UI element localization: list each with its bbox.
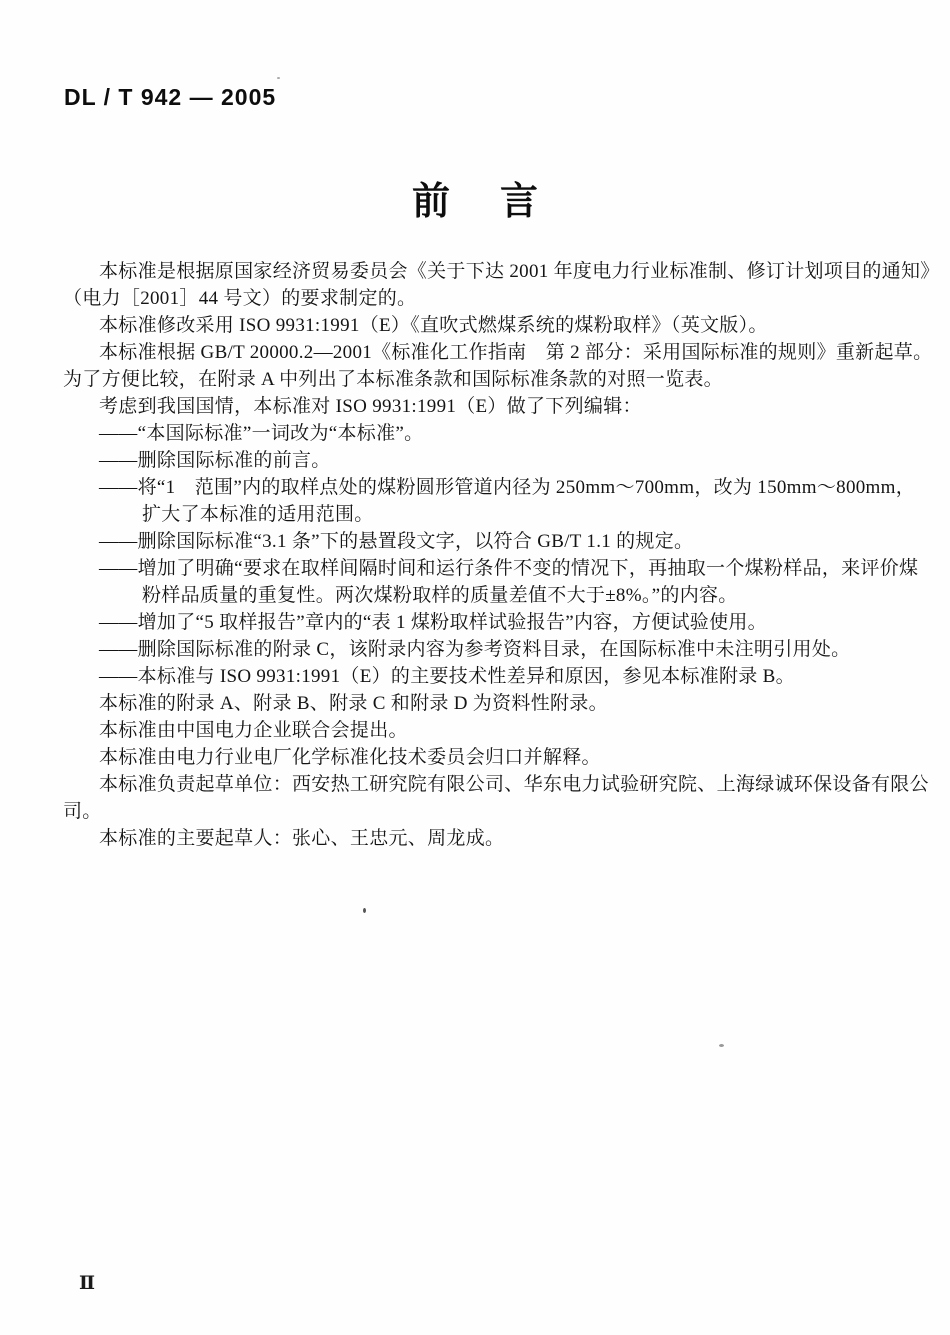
scan-speck: [363, 908, 366, 913]
scan-speck: [719, 1044, 724, 1047]
text-line: 本标准的附录 A、附录 B、附录 C 和附录 D 为资料性附录。: [63, 690, 889, 717]
page-title-char-1: 前: [412, 170, 450, 225]
text-line: 本标准由电力行业电厂化学标准化技术委员会归口并解释。: [63, 744, 889, 771]
document-page: DL / T 942 — 2005 前 言 本标准是根据原国家经济贸易委员会《关…: [0, 0, 950, 1335]
text-line: 考虑到我国国情，本标准对 ISO 9931:1991（E）做了下列编辑：: [63, 393, 889, 420]
text-line: 为了方便比较，在附录 A 中列出了本标准条款和国际标准条款的对照一览表。: [63, 366, 889, 393]
text-line: 本标准的主要起草人：张心、王忠元、周龙成。: [63, 825, 889, 852]
document-body: 本标准是根据原国家经济贸易委员会《关于下达 2001 年度电力行业标准制、修订计…: [63, 258, 889, 852]
dash-list-item: ——删除国际标准的前言。: [63, 447, 889, 474]
text-line: 司。: [63, 798, 889, 825]
text-line: 本标准由中国电力企业联合会提出。: [63, 717, 889, 744]
dash-list-item: ——“本国际标准”一词改为“本标准”。: [63, 420, 889, 447]
scan-speck: [277, 77, 280, 79]
dash-list-item-continuation: 扩大了本标准的适用范围。: [63, 501, 889, 528]
dash-list-item-continuation: 粉样品质量的重复性。两次煤粉取样的质量差值不大于±8%。”的内容。: [63, 582, 889, 609]
text-line: 本标准负责起草单位：西安热工研究院有限公司、华东电力试验研究院、上海绿诚环保设备…: [63, 771, 889, 798]
dash-list-item: ——删除国际标准的附录 C，该附录内容为参考资料目录，在国际标准中未注明引用处。: [63, 636, 889, 663]
page-title: 前 言: [0, 170, 950, 225]
page-number: Ⅱ: [79, 1272, 95, 1295]
dash-list-item: ——增加了“5 取样报告”章内的“表 1 煤粉取样试验报告”内容，方便试验使用。: [63, 609, 889, 636]
text-line: 本标准根据 GB/T 20000.2—2001《标准化工作指南 第 2 部分：采…: [63, 339, 889, 366]
standard-code: DL / T 942 — 2005: [64, 84, 276, 111]
dash-list-item: ——将“1 范围”内的取样点处的煤粉圆形管道内径为 250mm～700mm，改为…: [63, 474, 889, 501]
dash-list-item: ——删除国际标准“3.1 条”下的悬置段文字，以符合 GB/T 1.1 的规定。: [63, 528, 889, 555]
dash-list-item: ——本标准与 ISO 9931:1991（E）的主要技术性差异和原因，参见本标准…: [63, 663, 889, 690]
dash-list-item: ——增加了明确“要求在取样间隔时间和运行条件不变的情况下，再抽取一个煤粉样品，来…: [63, 555, 889, 582]
page-title-char-2: 言: [500, 170, 538, 225]
text-line: 本标准修改采用 ISO 9931:1991（E）《直吹式燃煤系统的煤粉取样》（英…: [63, 312, 889, 339]
text-line: 本标准是根据原国家经济贸易委员会《关于下达 2001 年度电力行业标准制、修订计…: [63, 258, 889, 285]
text-line: （电力［2001］44 号文）的要求制定的。: [63, 285, 889, 312]
